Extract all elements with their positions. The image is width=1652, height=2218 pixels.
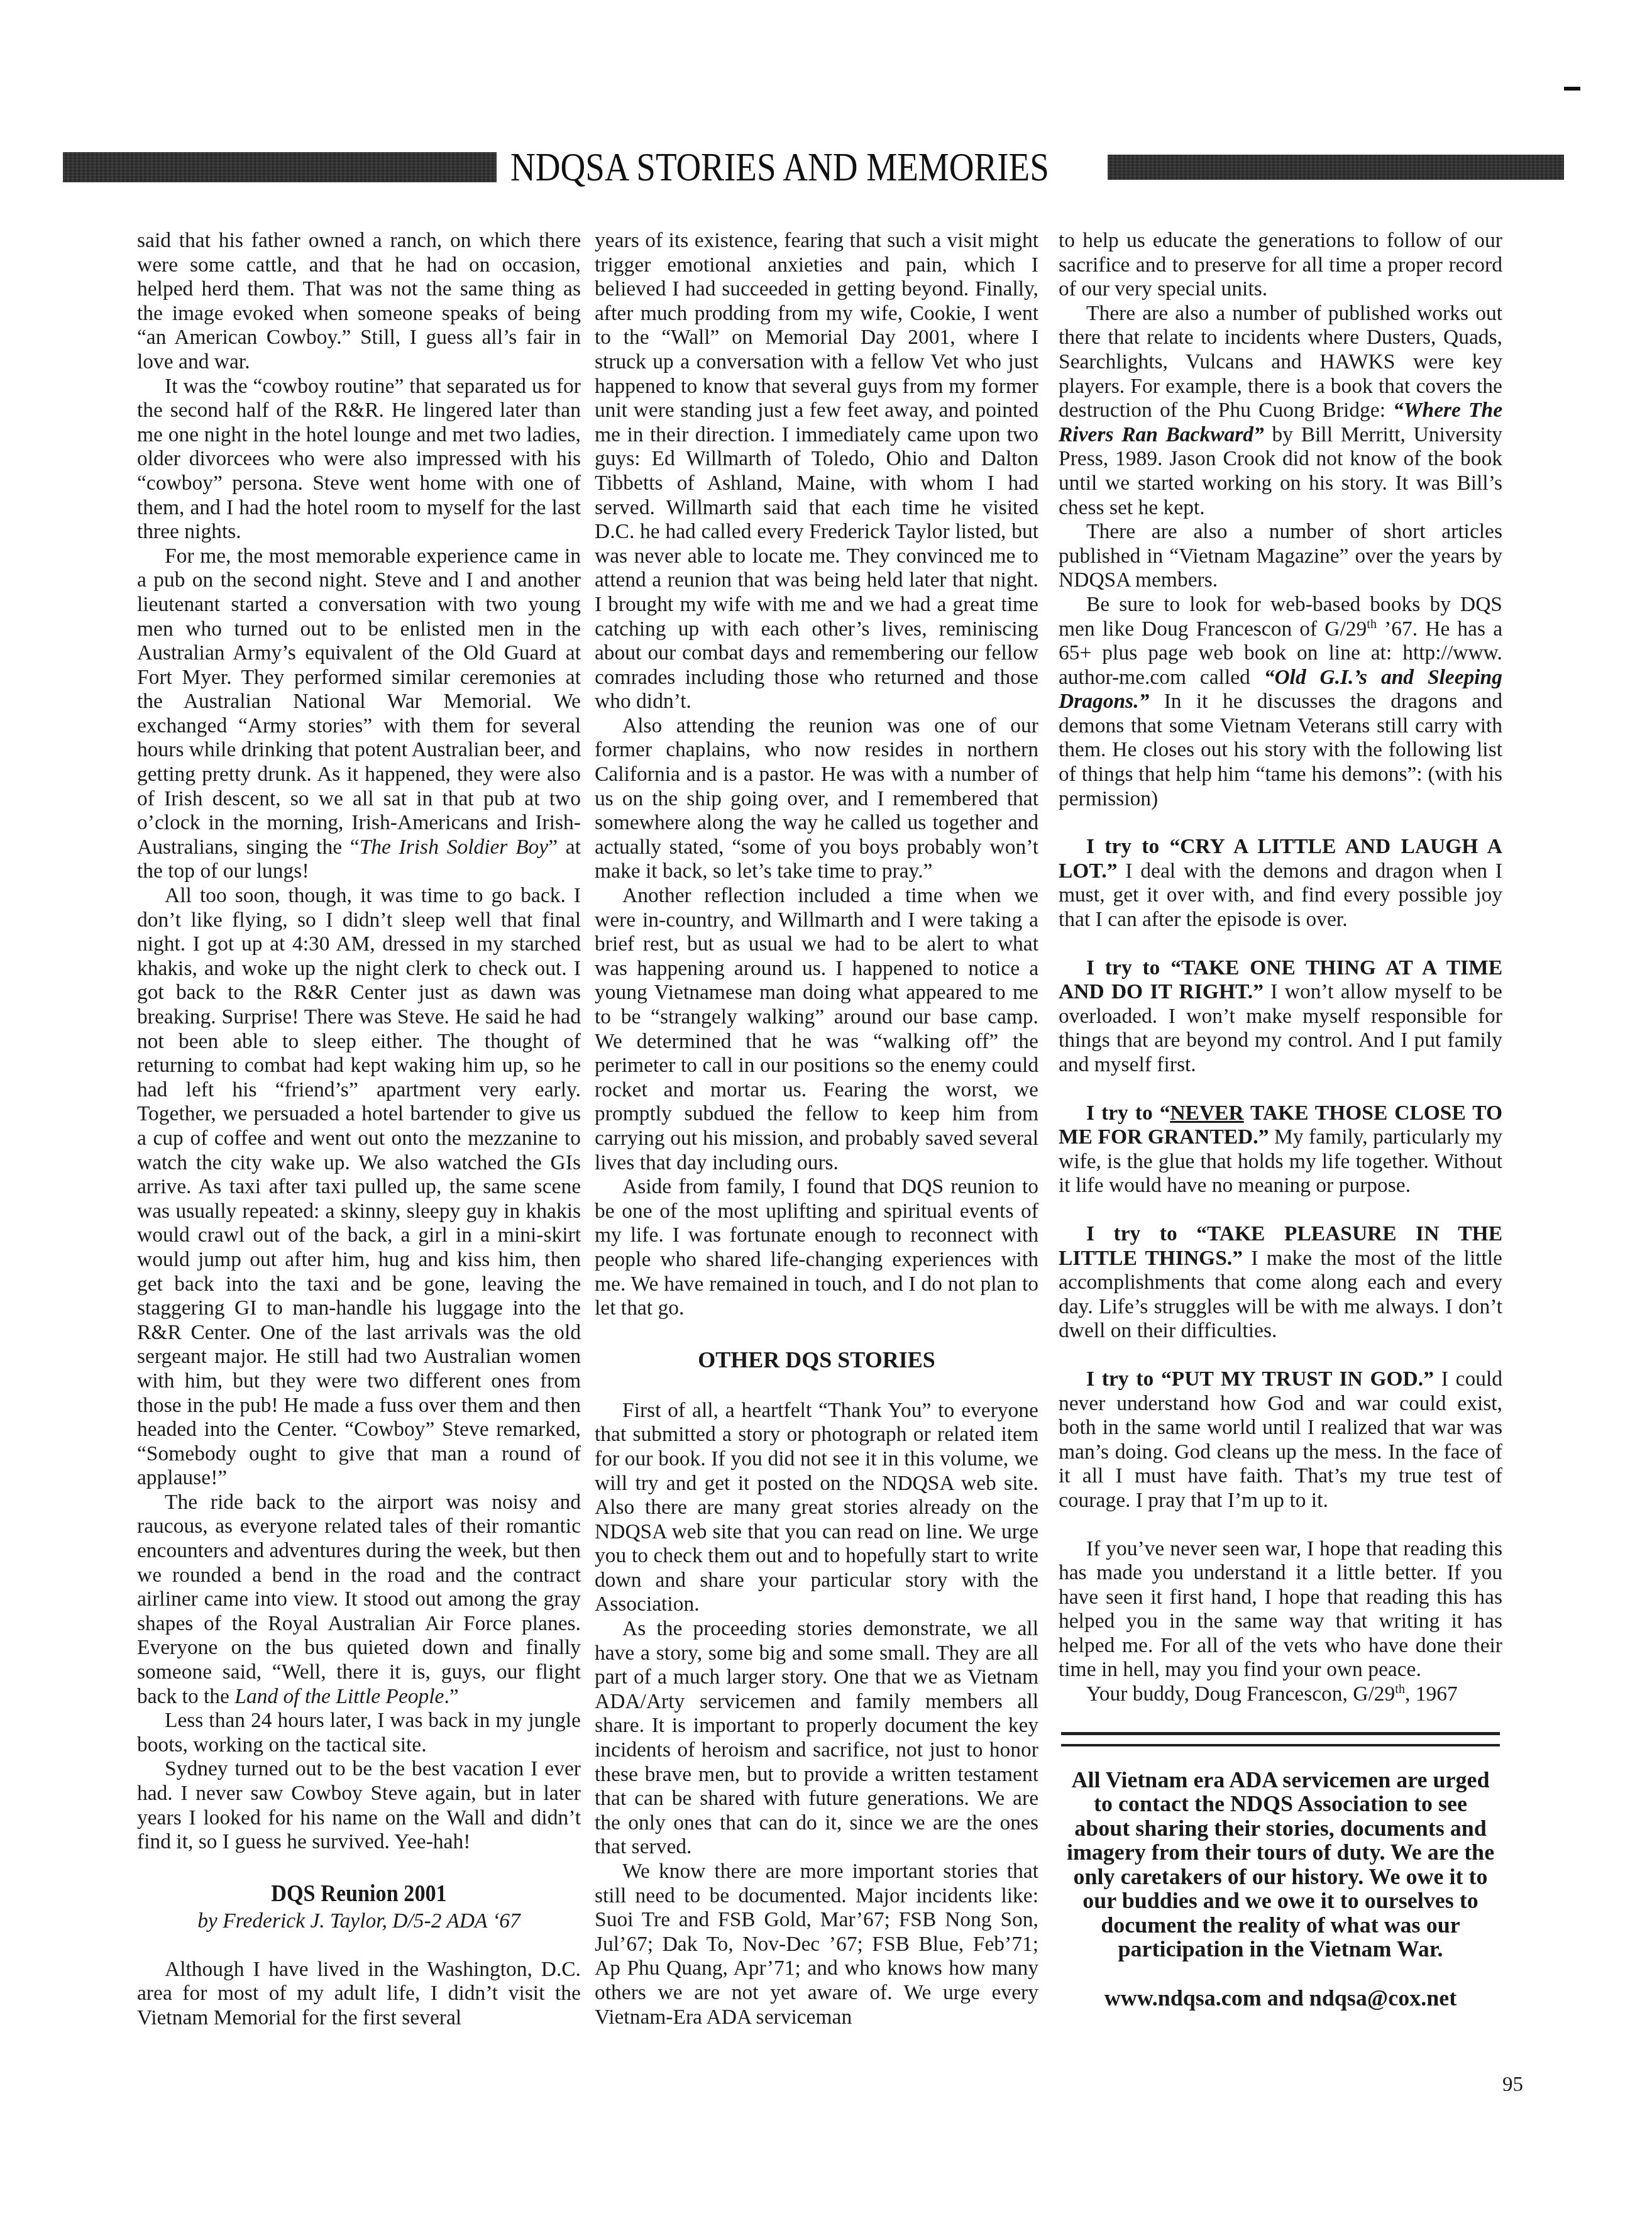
double-rule-divider xyxy=(1061,1732,1500,1746)
item-text: I deal with the demons and dragon when I… xyxy=(1059,859,1502,931)
text-run: The ride back to the airport was noisy a… xyxy=(137,1491,581,1708)
paragraph: As the proceeding stories demonstrate, w… xyxy=(595,1617,1038,1860)
page-number: 95 xyxy=(1502,2072,1523,2097)
section-heading-other-stories: OTHER DQS STORIES xyxy=(595,1346,1038,1374)
paragraph: We know there are more important stories… xyxy=(595,1860,1038,2029)
song-title: The Irish Soldier Boy xyxy=(360,836,549,859)
column-2: years of its existence, fearing that suc… xyxy=(595,229,1038,2029)
list-item: I try to “TAKE ONE THING AT A TIME AND D… xyxy=(1059,956,1502,1078)
paragraph: First of all, a heartfelt “Thank You” to… xyxy=(595,1399,1038,1617)
callout-box: All Vietnam era ADA servicemen are urged… xyxy=(1059,1768,1502,1961)
item-heading: I try to “PUT MY TRUST IN GOD.” xyxy=(1086,1367,1434,1391)
page-title: NDQSA STORIES AND MEMORIES xyxy=(510,142,1018,192)
text-run: For me, the most memorable experience ca… xyxy=(137,544,581,859)
paragraph: years of its existence, fearing that suc… xyxy=(595,229,1038,714)
paragraph: All too soon, though, it was time to go … xyxy=(137,884,581,1491)
paragraph: to help us educate the generations to fo… xyxy=(1059,229,1502,302)
paragraph: Another reflection included a time when … xyxy=(595,884,1038,1175)
list-item: I try to “TAKE PLEASURE IN THE LITTLE TH… xyxy=(1059,1222,1502,1343)
header-bar-right xyxy=(1108,155,1564,180)
underlined-word: NEVER xyxy=(1170,1101,1243,1125)
superscript: th xyxy=(1367,617,1377,631)
text-run: .” xyxy=(444,1685,458,1708)
corner-dash-mark xyxy=(1564,87,1580,91)
superscript: th xyxy=(1395,1682,1405,1696)
paragraph: Less than 24 hours later, I was back in … xyxy=(137,1709,581,1757)
article-byline: by Frederick J. Taylor, D/5-2 ADA ‘67 xyxy=(137,1909,581,1934)
header-bar-left xyxy=(63,152,497,182)
paragraph: It was the “cowboy routine” that separat… xyxy=(137,375,581,544)
paragraph: There are also a number of published wor… xyxy=(1059,302,1502,520)
column-1: said that his father owned a ranch, on w… xyxy=(137,229,581,2031)
list-item: I try to “NEVER TAKE THOSE CLOSE TO ME F… xyxy=(1059,1101,1502,1198)
paragraph: Sydney turned out to be the best vacatio… xyxy=(137,1757,581,1854)
column-3: to help us educate the generations to fo… xyxy=(1059,229,1502,2011)
paragraph: said that his father owned a ranch, on w… xyxy=(137,229,581,375)
signoff: Your buddy, Doug Francescon, G/29th, 196… xyxy=(1059,1682,1502,1707)
paragraph: Be sure to look for web-based books by D… xyxy=(1059,593,1502,811)
paragraph: There are also a number of short article… xyxy=(1059,520,1502,593)
paragraph: Aside from family, I found that DQS reun… xyxy=(595,1175,1038,1321)
italic-phrase: Land of the Little People xyxy=(234,1685,444,1708)
list-item: I try to “PUT MY TRUST IN GOD.” I could … xyxy=(1059,1367,1502,1513)
list-item: I try to “CRY A LITTLE AND LAUGH A LOT.”… xyxy=(1059,835,1502,932)
item-heading: I try to “ xyxy=(1086,1101,1170,1125)
section-heading-reunion: DQS Reunion 2001 xyxy=(159,1880,558,1907)
closing-paragraph: If you’ve never seen war, I hope that re… xyxy=(1059,1537,1502,1683)
paragraph: Also attending the reunion was one of ou… xyxy=(595,714,1038,884)
paragraph: For me, the most memorable experience ca… xyxy=(137,544,581,884)
paragraph: Although I have lived in the Washington,… xyxy=(137,1958,581,2031)
text-run: , 1967 xyxy=(1405,1682,1458,1706)
contact-info: www.ndqsa.com and ndqsa@cox.net xyxy=(1059,1985,1502,2011)
text-run: Your buddy, Doug Francescon, G/29 xyxy=(1086,1682,1395,1706)
paragraph: The ride back to the airport was noisy a… xyxy=(137,1491,581,1709)
